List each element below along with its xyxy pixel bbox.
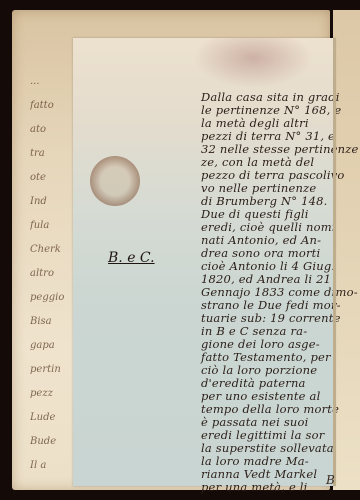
margin-annotation: B. e C. xyxy=(108,250,155,266)
text-line: per uno esistente al xyxy=(201,389,320,403)
text-line: pezzo di terra pascolivo xyxy=(201,168,345,182)
text-line: tuarie sub: 19 corrente xyxy=(201,311,341,325)
inserted-manuscript-sheet: B. e C. Dalla casa sita in gradi le pert… xyxy=(73,38,335,486)
text-line: è passata nei suoi xyxy=(201,415,309,429)
text-line: d'eredità paterna xyxy=(201,376,306,390)
text-line: strano le Due fedi mor- xyxy=(201,298,341,312)
text-line: eredi legittimi la sor xyxy=(201,428,324,442)
right-facing-page-edge xyxy=(333,10,360,490)
text-line: eredi, cioè quelli nomi xyxy=(201,220,336,234)
water-stain xyxy=(193,38,313,88)
text-line: la superstite sollevata xyxy=(201,441,334,455)
text-line: cioè Antonio li 4 Giug: xyxy=(201,259,336,273)
circular-stain xyxy=(90,156,140,206)
text-line: pezzi di terra N° 31, e xyxy=(201,129,335,143)
text-line: nati Antonio, ed An- xyxy=(201,233,321,247)
text-line: le pertinenze N° 168, e xyxy=(201,103,341,117)
text-line: vo nelle pertinenze xyxy=(201,181,316,195)
sheet-fold-edge xyxy=(333,38,336,486)
text-line: ciò la loro porzione xyxy=(201,363,317,377)
text-line: gione dei loro asge- xyxy=(201,337,320,351)
text-line: fatto Testamento, per xyxy=(201,350,331,364)
text-line: tempo della loro morte xyxy=(201,402,339,416)
text-line: per una metà, e li xyxy=(201,480,308,494)
text-line: rianna Vedt Markel xyxy=(201,467,317,481)
text-line: 1820, ed Andrea li 21 xyxy=(201,272,331,286)
text-line: Due di questi figli xyxy=(201,207,309,221)
text-line: in B e C senza ra- xyxy=(201,324,307,338)
text-line: ze, con la metà del xyxy=(201,155,314,169)
text-line: la metà degli altri xyxy=(201,116,309,130)
text-line: di Brumberg N° 148. xyxy=(201,194,328,208)
text-line: Dalla casa sita in gradi xyxy=(201,90,340,104)
text-line: drea sono ora morti xyxy=(201,246,320,260)
text-line: la loro madre Ma- xyxy=(201,454,309,468)
folio-mark: B xyxy=(326,473,335,487)
